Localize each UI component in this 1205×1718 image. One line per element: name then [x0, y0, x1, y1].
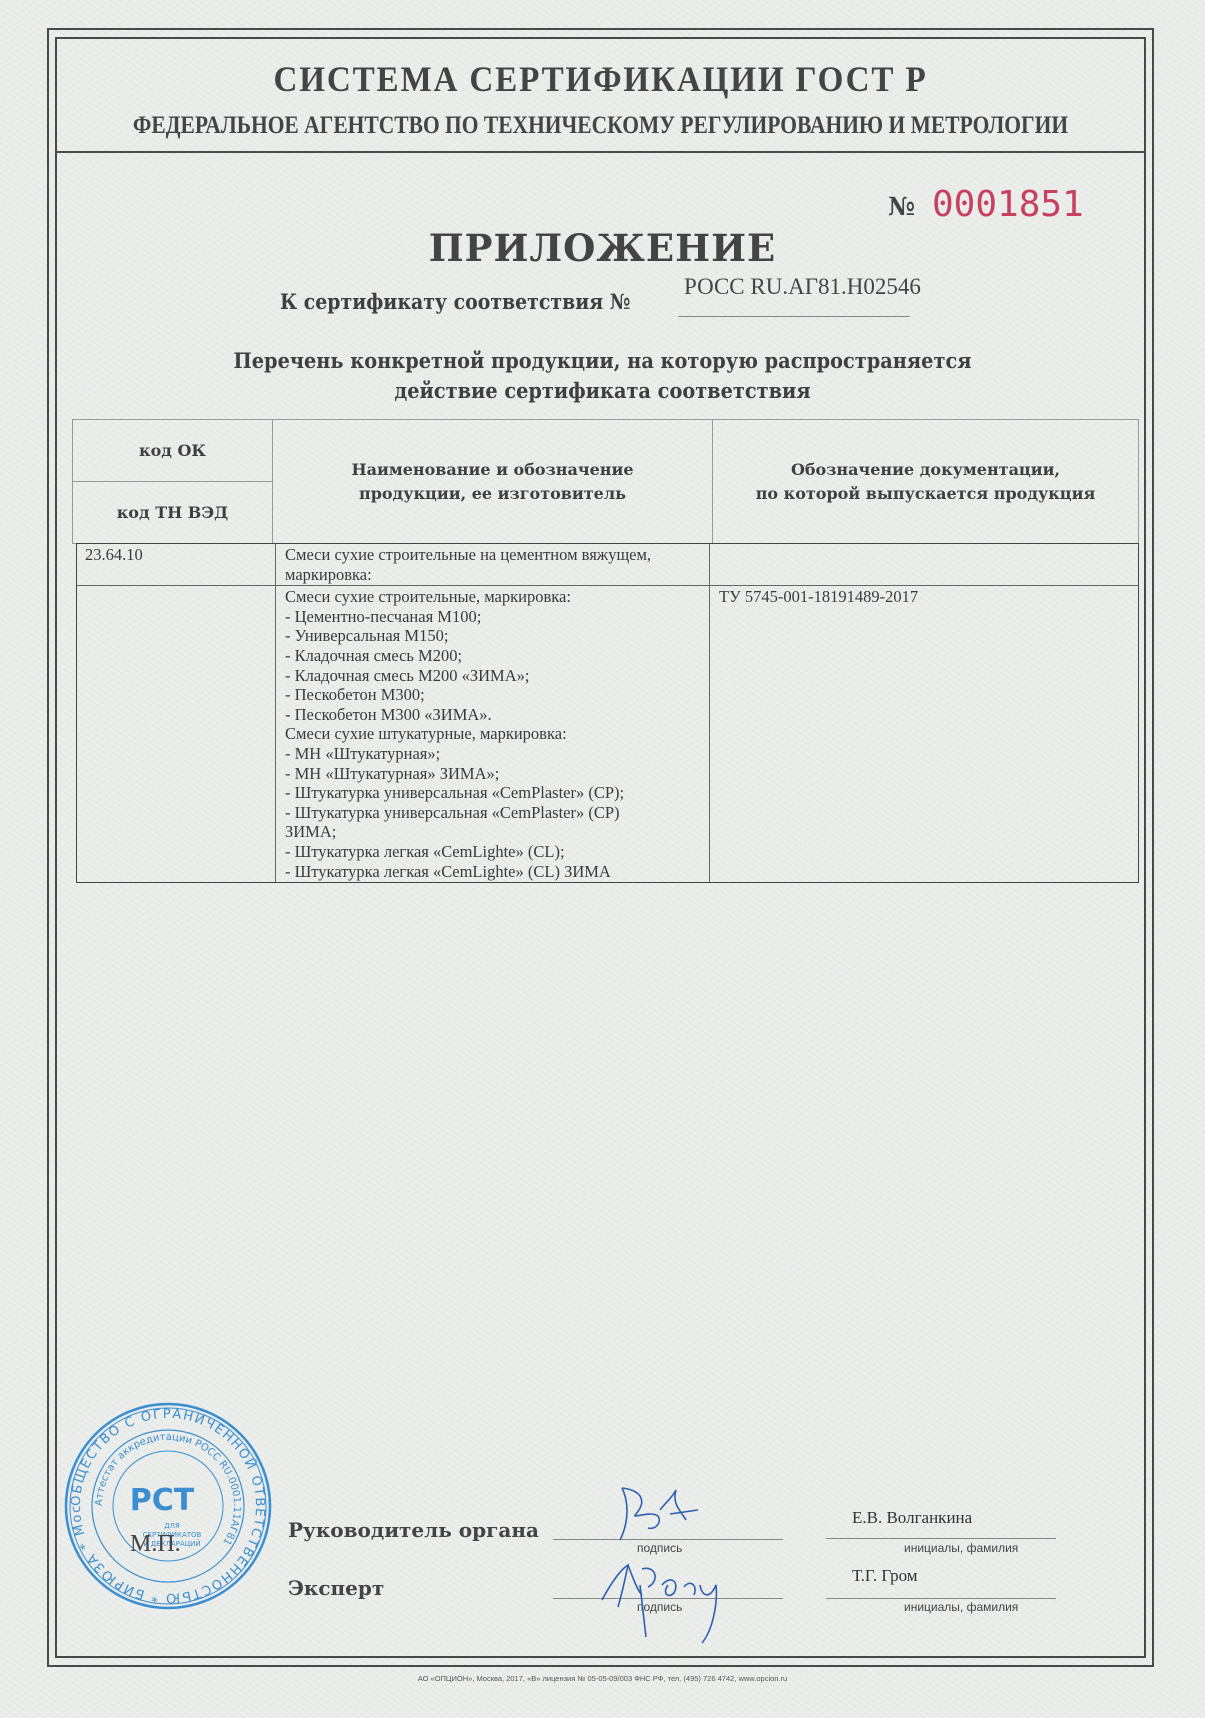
svg-text:РСТ: РСТ	[130, 1483, 195, 1518]
cell-documentation	[710, 544, 1138, 585]
product-line: Смеси сухие строительные на цементном вя…	[285, 545, 700, 565]
stamp-seal-icon: ОБЩЕСТВО С ОГРАНИЧЕННОЙ ОТВЕТСТВЕННОСТЬЮ…	[62, 1400, 274, 1612]
header-divider	[55, 151, 1146, 153]
product-list-title-line1: Перечень конкретной продукции, на котору…	[48, 346, 1157, 376]
header-documentation: Обозначение документации, по которой вып…	[713, 420, 1138, 543]
head-role-label: Руководитель органа	[288, 1518, 539, 1542]
head-name-caption: инициалы, фамилия	[904, 1541, 1018, 1555]
expert-name-line	[826, 1598, 1056, 1599]
product-line: маркировка:	[285, 565, 700, 585]
printer-footer: АО «ОПЦИОН», Москва, 2017, «В» лицензия …	[0, 1674, 1205, 1683]
product-line: Смеси сухие штукатурные, маркировка:	[285, 724, 700, 744]
table-header: код ОК код ТН ВЭД Наименование и обознач…	[72, 419, 1139, 544]
head-name-line	[826, 1538, 1056, 1539]
table-row: Смеси сухие строительные, маркировка: - …	[77, 586, 1138, 882]
expert-name-caption: инициалы, фамилия	[904, 1600, 1018, 1614]
product-line: - Цементно-песчаная М100;	[285, 607, 700, 627]
header-documentation-line1: Обозначение документации,	[791, 458, 1060, 482]
official-stamp: ОБЩЕСТВО С ОГРАНИЧЕННОЙ ОТВЕТСТВЕННОСТЬЮ…	[62, 1400, 274, 1612]
product-line: - Пескобетон М300 «ЗИМА».	[285, 705, 700, 725]
certificate-number: РОСС RU.АГ81.Н02546	[684, 274, 921, 300]
table-row: 23.64.10 Смеси сухие строительные на цем…	[77, 544, 1138, 586]
product-line: - Кладочная смесь М200;	[285, 646, 700, 666]
cell-code	[77, 586, 276, 882]
product-line: Смеси сухие строительные, маркировка:	[285, 587, 700, 607]
header-code-ok: код ОК	[73, 420, 273, 482]
cell-product: Смеси сухие строительные, маркировка: - …	[276, 586, 710, 882]
product-line: - МН «Штукатурная» ЗИМА»;	[285, 764, 700, 784]
certificate-number-underline	[678, 316, 910, 317]
cell-documentation: ТУ 5745-001-18191489-2017	[710, 586, 1138, 882]
certificate-label: К сертификату соответствия №	[280, 289, 630, 314]
cell-product: Смеси сухие строительные на цементном вя…	[276, 544, 710, 585]
form-number-sign: №	[888, 192, 915, 221]
system-title: СИСТЕМА СЕРТИФИКАЦИИ ГОСТ Р	[99, 58, 1103, 100]
expert-name: Т.Г. Гром	[852, 1566, 918, 1586]
appendix-title: ПРИЛОЖЕНИЕ	[0, 226, 1205, 270]
product-line: - Штукатурка универсальная «CemPlaster» …	[285, 783, 700, 803]
product-line: - Штукатурка легкая «CemLighte» (CL) ЗИМ…	[285, 862, 700, 882]
product-line: - Универсальная М150;	[285, 626, 700, 646]
header-code-tnved: код ТН ВЭД	[73, 482, 273, 543]
header-documentation-line2: по которой выпускается продукция	[756, 482, 1096, 506]
agency-title: ФЕДЕРАЛЬНОЕ АГЕНТСТВО ПО ТЕХНИЧЕСКОМУ РЕ…	[131, 112, 1069, 140]
head-name: Е.В. Волганкина	[852, 1508, 972, 1528]
product-line: - Штукатурка универсальная «CemPlaster» …	[285, 803, 700, 823]
stamp-place-label: М.П.	[130, 1531, 181, 1558]
head-signature-icon	[600, 1480, 720, 1550]
header-product: Наименование и обозначение продукции, ее…	[273, 420, 713, 543]
expert-signature-icon	[590, 1545, 760, 1645]
product-list-title-line2: действие сертификата соответствия	[48, 376, 1157, 406]
cell-code: 23.64.10	[77, 544, 276, 585]
svg-text:ДЛЯ: ДЛЯ	[164, 1522, 180, 1530]
product-line: - Штукатурка легкая «CemLighte» (CL);	[285, 842, 700, 862]
header-product-line2: продукции, ее изготовитель	[359, 482, 626, 506]
form-number: 0001851	[932, 184, 1084, 225]
product-line: - МН «Штукатурная»;	[285, 744, 700, 764]
product-list-title: Перечень конкретной продукции, на котору…	[48, 346, 1157, 406]
product-line: - Кладочная смесь М200 «ЗИМА»;	[285, 666, 700, 686]
product-line: - Пескобетон М300;	[285, 685, 700, 705]
product-line: ЗИМА;	[285, 822, 700, 842]
product-table: 23.64.10 Смеси сухие строительные на цем…	[76, 543, 1139, 883]
expert-role-label: Эксперт	[288, 1576, 384, 1600]
header-product-line1: Наименование и обозначение	[351, 458, 633, 482]
